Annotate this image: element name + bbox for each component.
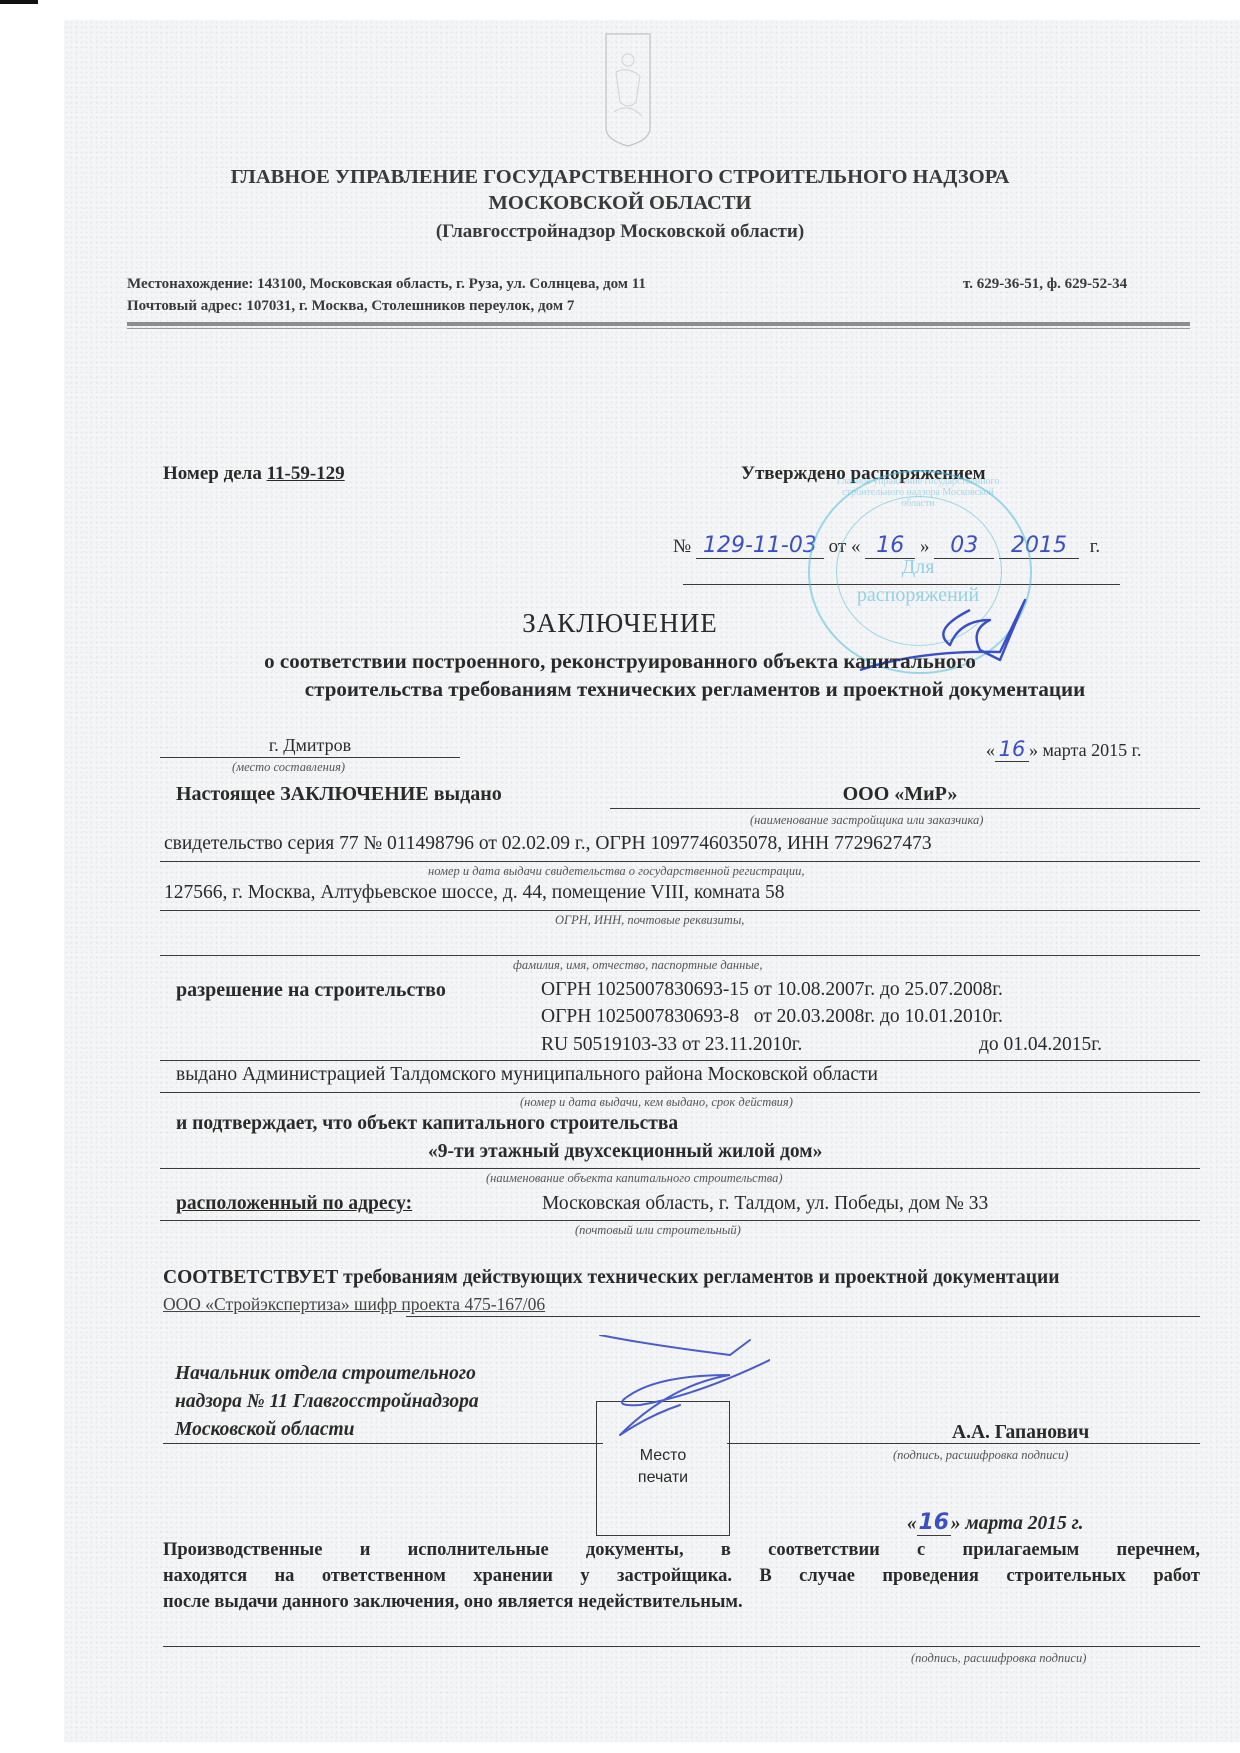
compliance-verb: СООТВЕТСТВУЕТ — [163, 1267, 338, 1288]
signatory-date-open-quote: « — [907, 1513, 917, 1534]
seal-box-line2: печати — [597, 1469, 729, 1487]
org-short-name: (Главгосстройнадзор Московской области) — [100, 221, 1140, 243]
project-reference: ООО «Стройэкспертиза» шифр проекта 475-1… — [163, 1294, 545, 1315]
permit-item-3-expiry: до 01.04.2015г. — [979, 1034, 1102, 1056]
document-subtitle-line2: строительства требованиям технических ре… — [190, 677, 1200, 702]
signatory-name: А.А. Гапанович — [952, 1422, 1089, 1444]
case-number-row: Номер дела 11-59-129 — [163, 463, 345, 485]
issue-date-open-quote: « — [986, 740, 995, 760]
seal-box-line1: Место — [597, 1447, 729, 1465]
place-hint: (место составления) — [232, 760, 345, 775]
footer-note-line3: после выдачи данного заключения, оно явл… — [163, 1592, 743, 1613]
footer-sign-hint: (подпись, расшифровка подписи) — [911, 1651, 1086, 1666]
permits-label: разрешение на строительство — [176, 979, 446, 1002]
signatory-position-line3: Московской области — [175, 1419, 355, 1441]
issue-date-day: 16 — [995, 737, 1029, 762]
signatory-date-day: 16 — [917, 1510, 951, 1536]
order-year-suffix: г. — [1090, 536, 1100, 557]
registration-certificate: свидетельство серия 77 № 011498796 от 02… — [164, 833, 932, 855]
company-address-hint: ОГРН, ИНН, почтовые реквизиты, — [555, 913, 744, 928]
company-address-underline — [160, 910, 1200, 911]
footer-note-line2: находятся на ответственном хранении у за… — [163, 1566, 1200, 1587]
place-of-issue: г. Дмитров — [160, 735, 460, 756]
case-number-label: Номер дела — [163, 463, 262, 484]
company-address: 127566, г. Москва, Алтуфьевское шоссе, д… — [164, 882, 785, 904]
footer-note-line1: Производственные и исполнительные докуме… — [163, 1540, 1200, 1561]
permit-item-2: ОГРН 1025007830693-8 от 20.03.2008г. до … — [541, 1006, 1003, 1028]
object-name-underline — [160, 1168, 1200, 1169]
signatory-sign-hint: (подпись, расшифровка подписи) — [893, 1448, 1068, 1463]
issued-to-company: ООО «МиР» — [610, 783, 1190, 806]
signatory-date-rest: » марта 2015 г. — [951, 1513, 1084, 1534]
issued-to-hint: (наименование застройщика или заказчика) — [750, 813, 983, 828]
header-divider-thin — [127, 328, 1190, 329]
order-number: 129-11-03 — [696, 533, 824, 559]
document-subtitle-line1: о соответствии построенного, реконструир… — [100, 649, 1140, 674]
issued-to-underline — [610, 808, 1200, 809]
person-hint: фамилия, имя, отчество, паспортные данны… — [513, 958, 762, 973]
certificate-hint: номер и дата выдачи свидетельства о госу… — [428, 864, 805, 879]
stamp-ring-text: Главное управление государственного стро… — [828, 476, 1008, 509]
issue-date-rest: » марта 2015 г. — [1029, 740, 1141, 760]
permit-issued-by-hint: (номер и дата выдачи, кем выдано, срок д… — [520, 1095, 793, 1110]
order-no-sign: № — [673, 536, 691, 557]
object-name-hint: (наименование объекта капитального строи… — [486, 1171, 783, 1186]
compliance-text: требованиям действующих технических регл… — [343, 1267, 1059, 1288]
place-underline — [160, 757, 460, 758]
header-divider — [127, 322, 1190, 326]
permit-issued-by: выдано Администрацией Талдомского муници… — [176, 1064, 878, 1086]
permit-item-1: ОГРН 1025007830693-15 от 10.08.2007г. до… — [541, 979, 1003, 1001]
org-name-line2: МОСКОВСКОЙ ОБЛАСТИ — [100, 192, 1140, 215]
case-number: 11-59-129 — [267, 463, 345, 484]
permit-issued-by-underline — [160, 1092, 1200, 1093]
scan-corner-mark — [0, 0, 38, 4]
issued-label: Настоящее ЗАКЛЮЧЕНИЕ выдано — [176, 783, 502, 806]
object-confirm-text: и подтверждает, что объект капитального … — [176, 1113, 678, 1135]
signatory-date: «16» марта 2015 г. — [907, 1510, 1083, 1536]
issue-date: «16» марта 2015 г. — [986, 737, 1141, 762]
org-postal-address: Почтовый адрес: 107031, г. Москва, Столе… — [127, 298, 574, 315]
certificate-underline — [160, 861, 1200, 862]
footer-signature-line — [163, 1646, 1200, 1647]
permits-underline — [160, 1060, 1200, 1061]
signatory-signature-ink — [360, 1335, 770, 1445]
permit-item-3: RU 50519103-33 от 23.11.2010г. — [541, 1034, 802, 1056]
coat-of-arms-emblem — [604, 32, 652, 148]
object-address-label: расположенный по адресу: — [176, 1193, 412, 1215]
object-address-hint: (почтовый или строительный) — [575, 1223, 741, 1238]
org-phones: т. 629-36-51, ф. 629-52-34 — [963, 276, 1127, 293]
project-reference-underline — [406, 1316, 1200, 1317]
object-name: «9-ти этажный двухсекционный жилой дом» — [428, 1141, 822, 1163]
compliance-statement: СООТВЕТСТВУЕТ требованиям действующих те… — [163, 1267, 1059, 1289]
object-address-underline — [160, 1220, 1200, 1221]
person-underline — [160, 955, 1200, 956]
stamp-center-line1: Для — [878, 556, 958, 579]
org-name-line1: ГЛАВНОЕ УПРАВЛЕНИЕ ГОСУДАРСТВЕННОГО СТРО… — [100, 166, 1140, 189]
object-address: Московская область, г. Талдом, ул. Побед… — [542, 1193, 988, 1215]
org-location: Местонахождение: 143100, Московская обла… — [127, 276, 646, 293]
document-title: ЗАКЛЮЧЕНИЕ — [100, 608, 1140, 639]
emblem-icon — [604, 32, 652, 148]
